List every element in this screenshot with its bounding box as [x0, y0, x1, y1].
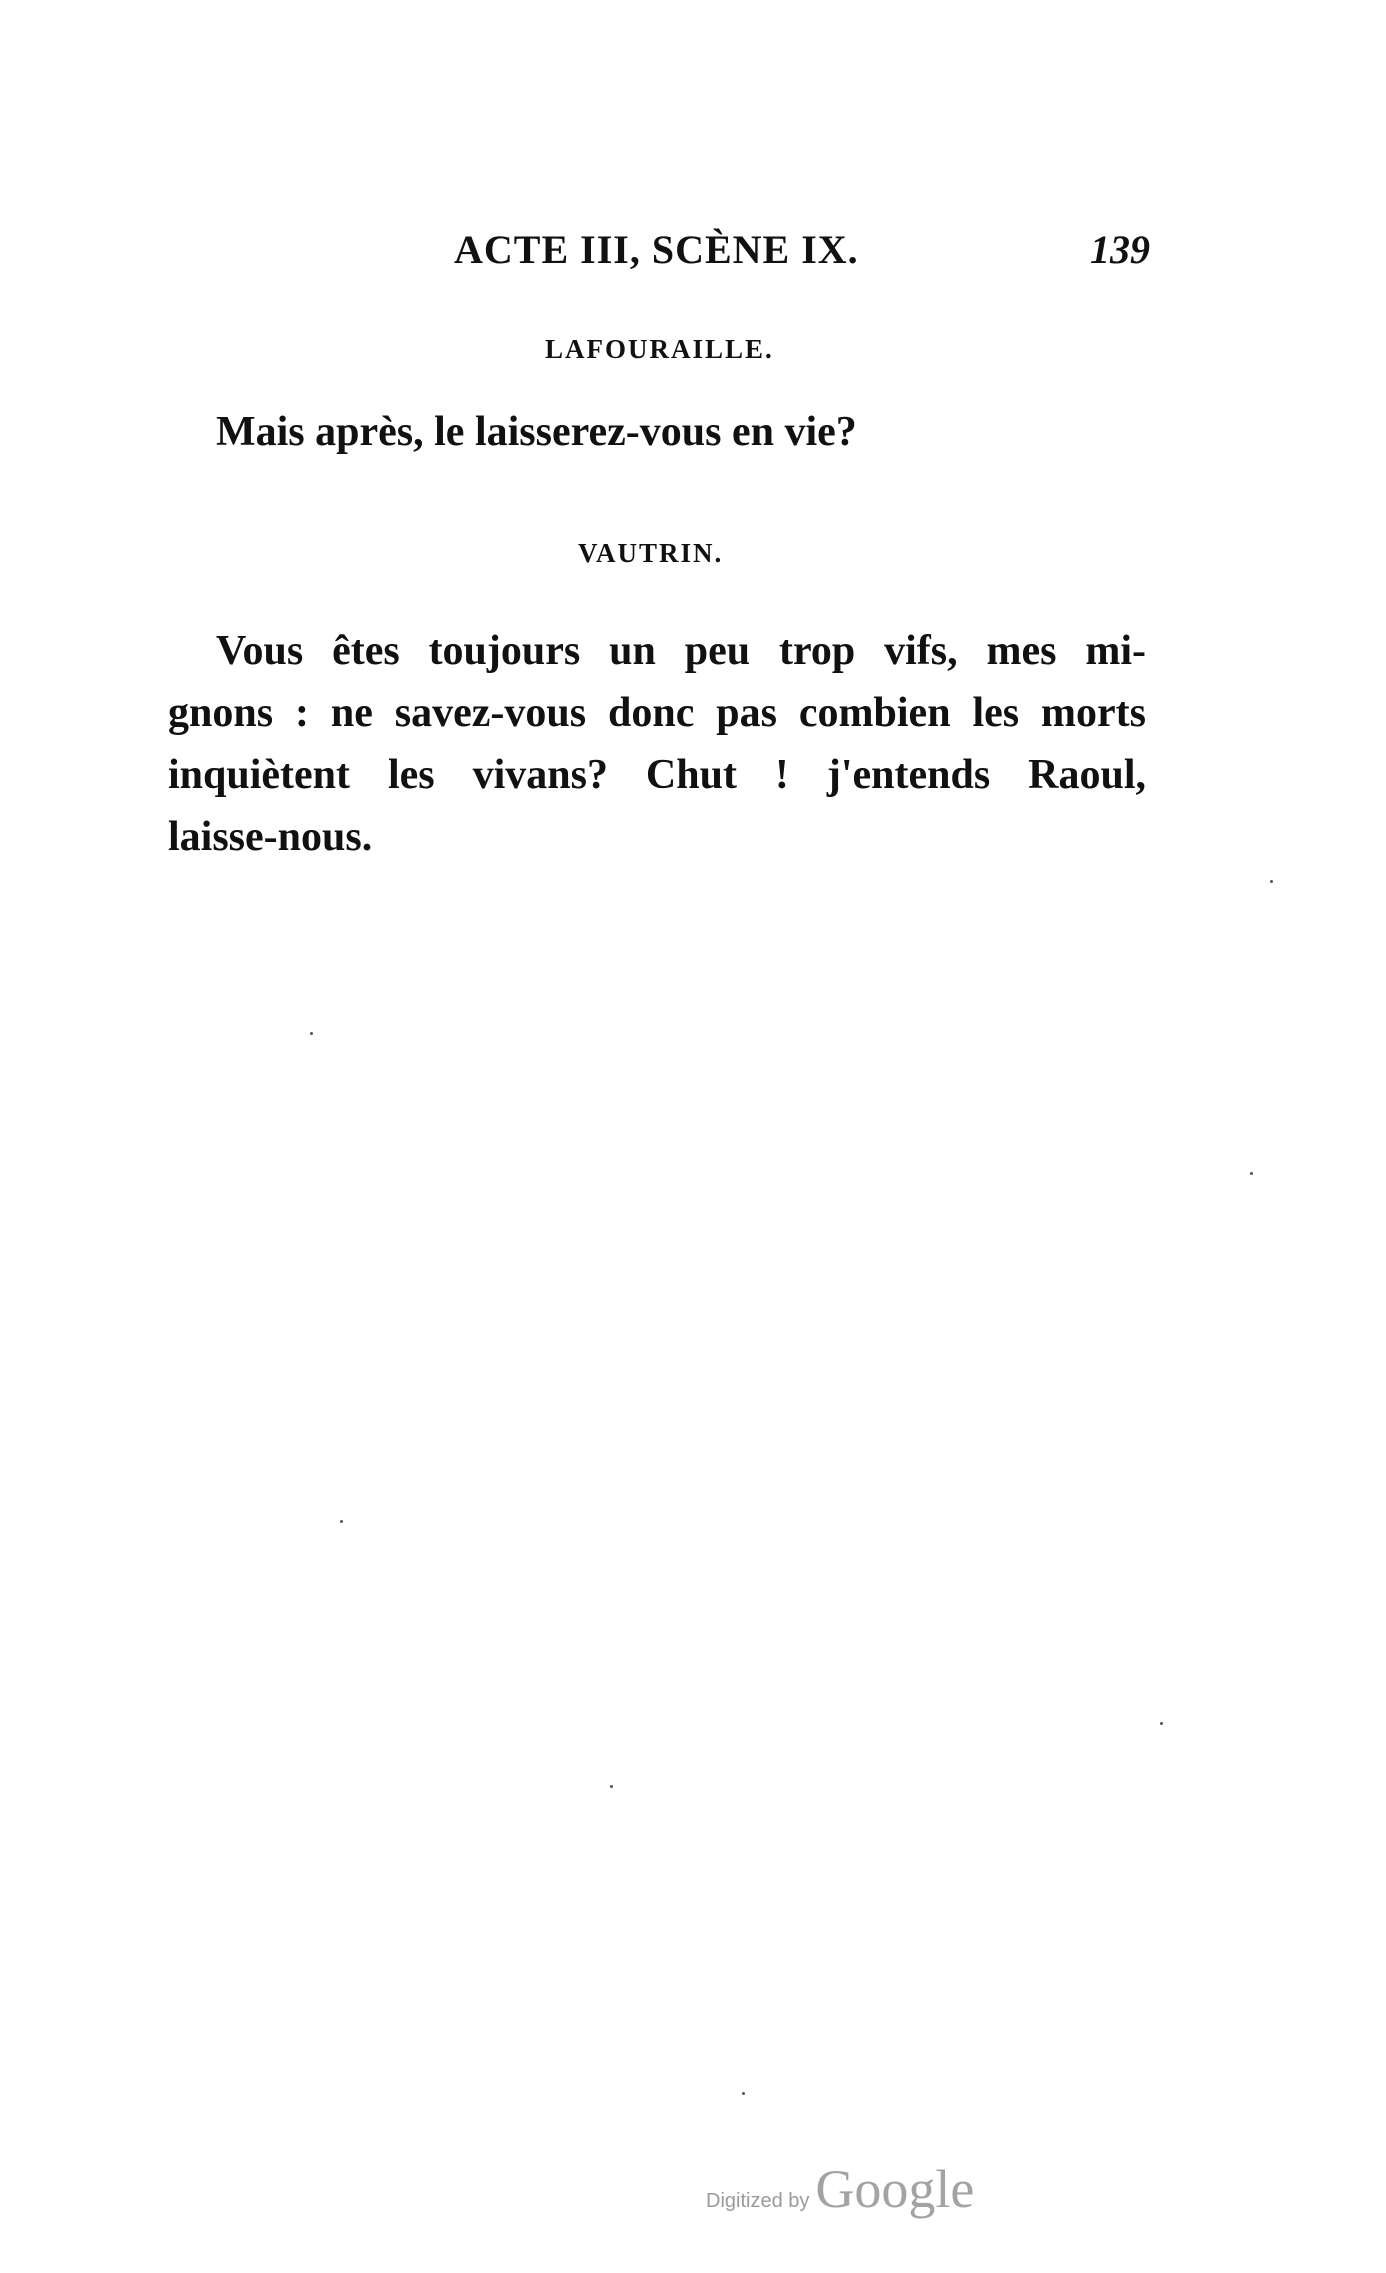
scan-speck: [310, 1032, 313, 1035]
dialogue-line: inquiètent les vivans? Chut ! j'entends …: [168, 744, 1146, 806]
google-logo: Google: [815, 2158, 974, 2220]
dialogue-line: laisse-nous.: [168, 806, 1146, 868]
book-page: ACTE III, SCÈNE IX. 139 LAFOURAILLE. Mai…: [0, 0, 1386, 2273]
running-head: ACTE III, SCÈNE IX.: [454, 226, 859, 273]
scan-speck: [1160, 1722, 1163, 1725]
dialogue-line: Vous êtes toujours un peu trop vifs, mes…: [168, 620, 1146, 682]
scan-speck: [610, 1785, 613, 1788]
speaker-name: VAUTRIN.: [578, 538, 723, 569]
speaker-name: LAFOURAILLE.: [545, 334, 774, 365]
digitized-by-label: Digitized by: [706, 2190, 809, 2213]
digitization-watermark: Digitized by Google: [706, 2158, 974, 2220]
scan-speck: [340, 1520, 343, 1523]
dialogue-line: Mais après, le laisserez-vous en vie?: [216, 408, 857, 456]
dialogue-line: gnons : ne savez-vous donc pas combien l…: [168, 682, 1146, 744]
speech-paragraph: Vous êtes toujours un peu trop vifs, mes…: [168, 620, 1146, 868]
page-number: 139: [1090, 226, 1150, 273]
scan-speck: [1270, 880, 1273, 883]
scan-speck: [1250, 1172, 1253, 1175]
scan-speck: [742, 2092, 745, 2095]
